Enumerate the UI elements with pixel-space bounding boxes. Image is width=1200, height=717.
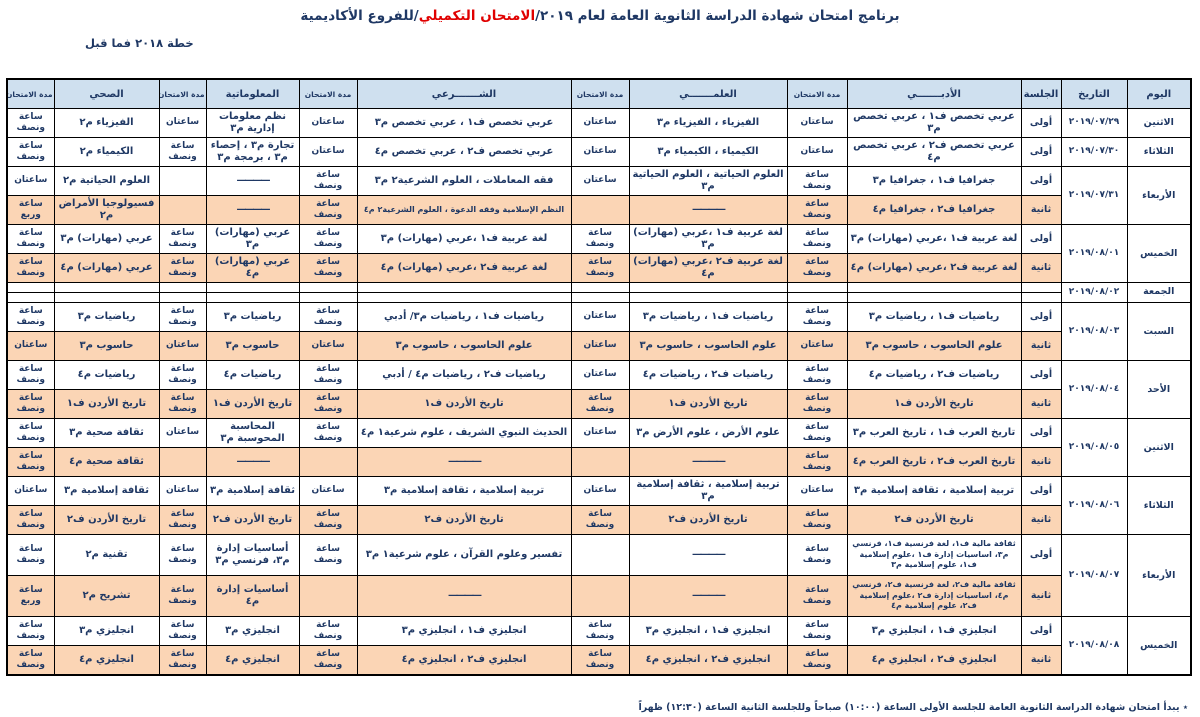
session-cell: أولى <box>1021 419 1061 448</box>
day-cell: الاثنين <box>1127 109 1191 138</box>
date-cell: ٢٠١٩/٠٨/٠٥ <box>1061 419 1127 477</box>
col-header-ilmi-duration: مدة الامتحان <box>571 79 629 109</box>
day-cell: الاثنين <box>1127 419 1191 477</box>
exam-schedule-page: برنامج امتحان شهادة الدراسة الثانوية الع… <box>0 0 1200 717</box>
subject-cell-adabi: تاريخ الأردن ف٢ <box>847 506 1021 535</box>
duration-cell-health: ساعة ونصف <box>7 419 54 448</box>
duration-cell-informatics <box>159 283 206 293</box>
subject-cell-shari: علوم الحاسوب ، حاسوب م٣ <box>357 332 571 361</box>
col-header-health-duration: مدة الامتحان <box>7 79 54 109</box>
subject-cell-health: تشريح م٢ <box>54 576 159 617</box>
date-cell: ٢٠١٩/٠٧/٣١ <box>1061 167 1127 225</box>
duration-cell-health: ساعة ونصف <box>7 617 54 646</box>
subject-cell-informatics: ———— <box>206 448 299 477</box>
day-cell: الخميس <box>1127 225 1191 283</box>
table-row <box>7 293 1191 303</box>
subject-cell-ilmi <box>629 293 787 303</box>
subject-cell-shari: ———— <box>357 576 571 617</box>
subject-cell-ilmi: ———— <box>629 196 787 225</box>
duration-cell-adabi: ساعتان <box>787 109 847 138</box>
session-cell: ثانية <box>1021 646 1061 676</box>
duration-cell-adabi: ساعة ونصف <box>787 576 847 617</box>
duration-cell-health <box>7 293 54 303</box>
duration-cell-shari: ساعة ونصف <box>299 646 357 676</box>
duration-cell-informatics: ساعة ونصف <box>159 576 206 617</box>
duration-cell-health: ساعة ونصف <box>7 138 54 167</box>
subject-cell-informatics: المحاسبة المحوسبة م٣ <box>206 419 299 448</box>
duration-cell-informatics: ساعة ونصف <box>159 535 206 576</box>
date-cell: ٢٠١٩/٠٧/٣٠ <box>1061 138 1127 167</box>
duration-cell-ilmi: ساعة ونصف <box>571 225 629 254</box>
duration-cell-ilmi: ساعتان <box>571 138 629 167</box>
subject-cell-ilmi: تاريخ الأردن ف١ <box>629 390 787 419</box>
duration-cell-adabi: ساعتان <box>787 332 847 361</box>
date-cell: ٢٠١٩/٠٧/٢٩ <box>1061 109 1127 138</box>
duration-cell-shari: ساعة ونصف <box>299 617 357 646</box>
duration-cell-adabi: ساعة ونصف <box>787 225 847 254</box>
subject-cell-health: رياضيات م٤ <box>54 361 159 390</box>
subject-cell-informatics <box>206 283 299 293</box>
day-cell: الثلاثاء <box>1127 138 1191 167</box>
duration-cell-shari <box>299 293 357 303</box>
subject-cell-adabi: عربي تخصص ف١ ، عربي تخصص م٣ <box>847 109 1021 138</box>
schedule-table: اليومالتاريخالجلسةالأدبـــــــيمدة الامت… <box>6 78 1192 676</box>
subject-cell-ilmi: رياضيات ف٢ ، رياضيات م٤ <box>629 361 787 390</box>
day-cell: الأربعاء <box>1127 535 1191 617</box>
subject-cell-ilmi: ———— <box>629 448 787 477</box>
subject-cell-adabi: ثقافة مالية ف١، لغة فرنسية ف١، فرنسي م٣،… <box>847 535 1021 576</box>
subject-cell-adabi: تاريخ العرب ف١ ، تاريخ العرب م٣ <box>847 419 1021 448</box>
subject-cell-adabi: رياضيات ف١ ، رياضيات م٣ <box>847 303 1021 332</box>
duration-cell-adabi: ساعة ونصف <box>787 196 847 225</box>
subject-cell-ilmi: علوم الأرض ، علوم الأرض م٣ <box>629 419 787 448</box>
session-cell: ثانية <box>1021 390 1061 419</box>
duration-cell-informatics: ساعة ونصف <box>159 617 206 646</box>
date-cell: ٢٠١٩/٠٨/٠٦ <box>1061 477 1127 535</box>
subject-cell-health: انجليزي م٣ <box>54 617 159 646</box>
duration-cell-adabi <box>787 283 847 293</box>
subject-cell-shari: رياضيات ف٢ ، رياضيات م٤ / أدبي <box>357 361 571 390</box>
subject-cell-informatics: حاسوب م٣ <box>206 332 299 361</box>
subject-cell-ilmi: تاريخ الأردن ف٢ <box>629 506 787 535</box>
subject-cell-health: تقنية م٢ <box>54 535 159 576</box>
table-row: الجمعة٢٠١٩/٠٨/٠٢ <box>7 283 1191 293</box>
duration-cell-health: ساعة ونصف <box>7 225 54 254</box>
subject-cell-informatics: تاريخ الأردن ف٢ <box>206 506 299 535</box>
subject-cell-adabi <box>847 283 1021 293</box>
duration-cell-shari: ساعتان <box>299 109 357 138</box>
subject-cell-shari <box>357 283 571 293</box>
table-row: ثانيةعلوم الحاسوب ، حاسوب م٣ساعتانعلوم ا… <box>7 332 1191 361</box>
title-prefix: برنامج امتحان شهادة الدراسة الثانوية الع… <box>535 8 899 24</box>
session-cell: أولى <box>1021 109 1061 138</box>
table-row: ثانيةتاريخ الأردن ف١ساعة ونصفتاريخ الأرد… <box>7 390 1191 419</box>
duration-cell-health: ساعة ونصف <box>7 535 54 576</box>
table-row: الثلاثاء٢٠١٩/٠٨/٠٦أولىتربية إسلامية ، ثق… <box>7 477 1191 506</box>
subject-cell-adabi: جغرافيا ف١ ، جغرافيا م٣ <box>847 167 1021 196</box>
subject-cell-adabi: تربية إسلامية ، ثقافة إسلامية م٣ <box>847 477 1021 506</box>
duration-cell-health <box>7 283 54 293</box>
subject-cell-shari: تربية إسلامية ، ثقافة إسلامية م٣ <box>357 477 571 506</box>
subject-cell-informatics: انجليزي م٣ <box>206 617 299 646</box>
subject-cell-ilmi: ———— <box>629 535 787 576</box>
subject-cell-health: عربي (مهارات) م٤ <box>54 254 159 283</box>
date-cell: ٢٠١٩/٠٨/٠٢ <box>1061 283 1127 303</box>
subject-cell-ilmi: الكيمياء ، الكيمياء م٣ <box>629 138 787 167</box>
subject-cell-shari: لغة عربية ف٢ ،عربي (مهارات) م٤ <box>357 254 571 283</box>
subject-cell-informatics: رياضيات م٤ <box>206 361 299 390</box>
subject-cell-health: انجليزي م٤ <box>54 646 159 676</box>
duration-cell-adabi: ساعة ونصف <box>787 361 847 390</box>
duration-cell-health: ساعة ونصف <box>7 109 54 138</box>
subject-cell-shari: النظم الإسلامية وفقه الدعوة ، العلوم الش… <box>357 196 571 225</box>
col-header-adabi-duration: مدة الامتحان <box>787 79 847 109</box>
table-row: الأربعاء٢٠١٩/٠٧/٣١أولىجغرافيا ف١ ، جغراف… <box>7 167 1191 196</box>
duration-cell-health: ساعتان <box>7 332 54 361</box>
plan-label: خطة ٢٠١٨ فما قبل <box>85 36 194 50</box>
duration-cell-adabi: ساعة ونصف <box>787 254 847 283</box>
subject-cell-health: عربي (مهارات) م٣ <box>54 225 159 254</box>
session-cell: ثانية <box>1021 576 1061 617</box>
subject-cell-adabi: ثقافة مالية ف٢، لغة فرنسية ف٢، فرنسي م٤،… <box>847 576 1021 617</box>
duration-cell-informatics: ساعتان <box>159 477 206 506</box>
duration-cell-adabi: ساعة ونصف <box>787 419 847 448</box>
duration-cell-shari: ساعتان <box>299 138 357 167</box>
session-cell: ثانية <box>1021 448 1061 477</box>
duration-cell-health: ساعة ونصف <box>7 448 54 477</box>
col-header-informatics: المعلوماتية <box>206 79 299 109</box>
session-cell <box>1021 283 1061 293</box>
duration-cell-ilmi: ساعتان <box>571 109 629 138</box>
duration-cell-ilmi: ساعة ونصف <box>571 646 629 676</box>
day-cell: الأربعاء <box>1127 167 1191 225</box>
duration-cell-ilmi: ساعتان <box>571 303 629 332</box>
duration-cell-health: ساعة ونصف <box>7 361 54 390</box>
subject-cell-adabi: تاريخ العرب ف٢ ، تاريخ العرب م٤ <box>847 448 1021 477</box>
subject-cell-adabi: علوم الحاسوب ، حاسوب م٣ <box>847 332 1021 361</box>
session-cell: ثانية <box>1021 254 1061 283</box>
table-row: الاثنين٢٠١٩/٠٧/٢٩أولىعربي تخصص ف١ ، عربي… <box>7 109 1191 138</box>
subject-cell-health <box>54 283 159 293</box>
title-suffix: /للفروع الأكاديمية <box>300 8 418 24</box>
session-cell: أولى <box>1021 225 1061 254</box>
duration-cell-informatics <box>159 196 206 225</box>
subject-cell-ilmi: العلوم الحياتية ، العلوم الحياتية م٣ <box>629 167 787 196</box>
col-header-session: الجلسة <box>1021 79 1061 109</box>
table-row: الخميس٢٠١٩/٠٨/٠٨أولىانجليزي ف١ ، انجليزي… <box>7 617 1191 646</box>
session-cell: ثانية <box>1021 196 1061 225</box>
subject-cell-adabi: عربي تخصص ف٢ ، عربي تخصص م٤ <box>847 138 1021 167</box>
subject-cell-informatics: رياضيات م٣ <box>206 303 299 332</box>
duration-cell-adabi <box>787 293 847 303</box>
duration-cell-ilmi <box>571 196 629 225</box>
duration-cell-ilmi <box>571 293 629 303</box>
duration-cell-informatics: ساعة ونصف <box>159 254 206 283</box>
duration-cell-ilmi: ساعة ونصف <box>571 390 629 419</box>
subject-cell-health: ثقافة إسلامية م٣ <box>54 477 159 506</box>
date-cell: ٢٠١٩/٠٨/٠١ <box>1061 225 1127 283</box>
duration-cell-adabi: ساعة ونصف <box>787 167 847 196</box>
table-row: ثانيةانجليزي ف٢ ، انجليزي م٤ساعة ونصفانج… <box>7 646 1191 676</box>
subject-cell-adabi: انجليزي ف١ ، انجليزي م٣ <box>847 617 1021 646</box>
col-header-informatics-duration: مدة الامتحان <box>159 79 206 109</box>
table-row: الاثنين٢٠١٩/٠٨/٠٥أولىتاريخ العرب ف١ ، تا… <box>7 419 1191 448</box>
table-row: ثانيةجغرافيا ف٢ ، جغرافيا م٤ساعة ونصف———… <box>7 196 1191 225</box>
subject-cell-health: ثقافة صحية م٣ <box>54 419 159 448</box>
subject-cell-health: رياضيات م٣ <box>54 303 159 332</box>
subject-cell-health: الكيمياء م٢ <box>54 138 159 167</box>
subject-cell-ilmi: انجليزي ف١ ، انجليزي م٣ <box>629 617 787 646</box>
duration-cell-shari: ساعة ونصف <box>299 254 357 283</box>
duration-cell-health: ساعة وربع <box>7 576 54 617</box>
subject-cell-ilmi: الفيزياء ، الفيزياء م٣ <box>629 109 787 138</box>
subject-cell-shari: عربي تخصص ف١ ، عربي تخصص م٣ <box>357 109 571 138</box>
duration-cell-ilmi <box>571 283 629 293</box>
duration-cell-ilmi: ساعتان <box>571 419 629 448</box>
table-row: الأربعاء٢٠١٩/٠٨/٠٧أولىثقافة مالية ف١، لغ… <box>7 535 1191 576</box>
duration-cell-informatics: ساعتان <box>159 109 206 138</box>
subject-cell-ilmi: لغة عربية ف٢ ،عربي (مهارات) م٤ <box>629 254 787 283</box>
subject-cell-ilmi: ———— <box>629 576 787 617</box>
subject-cell-shari: انجليزي ف١ ، انجليزي م٣ <box>357 617 571 646</box>
subject-cell-informatics <box>206 293 299 303</box>
col-header-health: الصحي <box>54 79 159 109</box>
duration-cell-shari <box>299 576 357 617</box>
session-cell: أولى <box>1021 167 1061 196</box>
subject-cell-shari: انجليزي ف٢ ، انجليزي م٤ <box>357 646 571 676</box>
subject-cell-informatics: عربي (مهارات) م٣ <box>206 225 299 254</box>
table-row: ثانيةتاريخ الأردن ف٢ساعة ونصفتاريخ الأرد… <box>7 506 1191 535</box>
duration-cell-health: ساعة ونصف <box>7 254 54 283</box>
table-row: ثانيةثقافة مالية ف٢، لغة فرنسية ف٢، فرنس… <box>7 576 1191 617</box>
duration-cell-shari: ساعتان <box>299 332 357 361</box>
duration-cell-ilmi: ساعتان <box>571 167 629 196</box>
day-cell: الثلاثاء <box>1127 477 1191 535</box>
subject-cell-health: حاسوب م٣ <box>54 332 159 361</box>
subject-cell-shari: فقه المعاملات ، العلوم الشرعية٢ م٣ <box>357 167 571 196</box>
subject-cell-health: ثقافة صحية م٤ <box>54 448 159 477</box>
subject-cell-adabi: رياضيات ف٢ ، رياضيات م٤ <box>847 361 1021 390</box>
date-cell: ٢٠١٩/٠٨/٠٧ <box>1061 535 1127 617</box>
duration-cell-informatics: ساعتان <box>159 419 206 448</box>
duration-cell-shari <box>299 448 357 477</box>
session-cell: أولى <box>1021 617 1061 646</box>
date-cell: ٢٠١٩/٠٨/٠٣ <box>1061 303 1127 361</box>
table-row: السبت٢٠١٩/٠٨/٠٣أولىرياضيات ف١ ، رياضيات … <box>7 303 1191 332</box>
subject-cell-informatics: تجارة م٣ ، إحصاء م٣ ، برمجة م٣ <box>206 138 299 167</box>
duration-cell-informatics <box>159 448 206 477</box>
table-row: ثانيةتاريخ العرب ف٢ ، تاريخ العرب م٤ساعة… <box>7 448 1191 477</box>
duration-cell-informatics: ساعة ونصف <box>159 361 206 390</box>
subject-cell-shari: عربي تخصص ف٢ ، عربي تخصص م٤ <box>357 138 571 167</box>
duration-cell-adabi: ساعة ونصف <box>787 303 847 332</box>
subject-cell-ilmi: علوم الحاسوب ، حاسوب م٣ <box>629 332 787 361</box>
col-header-shari: الشـــــــرعي <box>357 79 571 109</box>
duration-cell-health: ساعة ونصف <box>7 506 54 535</box>
session-cell: أولى <box>1021 477 1061 506</box>
duration-cell-adabi: ساعة ونصف <box>787 535 847 576</box>
subject-cell-health: الفيزياء م٢ <box>54 109 159 138</box>
subject-cell-health: فسيولوجيا الأمراض م٢ <box>54 196 159 225</box>
duration-cell-health: ساعتان <box>7 477 54 506</box>
duration-cell-adabi: ساعتان <box>787 477 847 506</box>
session-cell: أولى <box>1021 361 1061 390</box>
duration-cell-health: ساعة ونصف <box>7 390 54 419</box>
duration-cell-shari: ساعة ونصف <box>299 361 357 390</box>
schedule-table-wrap: اليومالتاريخالجلسةالأدبـــــــيمدة الامت… <box>8 78 1192 676</box>
duration-cell-informatics: ساعة ونصف <box>159 390 206 419</box>
page-title: برنامج امتحان شهادة الدراسة الثانوية الع… <box>0 8 1200 24</box>
subject-cell-informatics: ———— <box>206 167 299 196</box>
col-header-date: التاريخ <box>1061 79 1127 109</box>
subject-cell-ilmi <box>629 283 787 293</box>
subject-cell-health <box>54 293 159 303</box>
session-cell: ثانية <box>1021 332 1061 361</box>
duration-cell-shari: ساعة ونصف <box>299 419 357 448</box>
subject-cell-ilmi: انجليزي ف٢ ، انجليزي م٤ <box>629 646 787 676</box>
duration-cell-ilmi: ساعة ونصف <box>571 254 629 283</box>
subject-cell-shari: رياضيات ف١ ، رياضيات م٣/ أدبي <box>357 303 571 332</box>
duration-cell-informatics: ساعة ونصف <box>159 225 206 254</box>
subject-cell-ilmi: تربية إسلامية ، ثقافة إسلامية م٣ <box>629 477 787 506</box>
subject-cell-adabi <box>847 293 1021 303</box>
duration-cell-informatics: ساعة ونصف <box>159 303 206 332</box>
day-cell: الخميس <box>1127 617 1191 676</box>
subject-cell-informatics: عربي (مهارات) م٤ <box>206 254 299 283</box>
subject-cell-ilmi: لغة عربية ف١ ،عربي (مهارات) م٣ <box>629 225 787 254</box>
subject-cell-shari: ———— <box>357 448 571 477</box>
subject-cell-informatics: نظم معلومات إدارية م٣ <box>206 109 299 138</box>
subject-cell-ilmi: رياضيات ف١ ، رياضيات م٣ <box>629 303 787 332</box>
duration-cell-shari: ساعتان <box>299 477 357 506</box>
day-cell: الأحد <box>1127 361 1191 419</box>
duration-cell-shari: ساعة ونصف <box>299 167 357 196</box>
col-header-ilmi: العلمـــــــي <box>629 79 787 109</box>
subject-cell-adabi: لغة عربية ف١ ،عربي (مهارات) م٣ <box>847 225 1021 254</box>
session-cell: أولى <box>1021 303 1061 332</box>
title-highlight: الامتحان التكميلي <box>419 8 535 24</box>
duration-cell-adabi: ساعة ونصف <box>787 617 847 646</box>
duration-cell-shari: ساعة ونصف <box>299 225 357 254</box>
duration-cell-ilmi: ساعتان <box>571 477 629 506</box>
day-cell: السبت <box>1127 303 1191 361</box>
subject-cell-informatics: انجليزي م٤ <box>206 646 299 676</box>
duration-cell-informatics: ساعة ونصف <box>159 506 206 535</box>
subject-cell-health: تاريخ الأردن ف١ <box>54 390 159 419</box>
subject-cell-health: تاريخ الأردن ف٢ <box>54 506 159 535</box>
subject-cell-shari <box>357 293 571 303</box>
subject-cell-adabi: جغرافيا ف٢ ، جغرافيا م٤ <box>847 196 1021 225</box>
duration-cell-informatics: ساعة ونصف <box>159 138 206 167</box>
subject-cell-shari: الحديث النبوي الشريف ، علوم شرعية١ م٤ <box>357 419 571 448</box>
table-row: الثلاثاء٢٠١٩/٠٧/٣٠أولىعربي تخصص ف٢ ، عرب… <box>7 138 1191 167</box>
session-cell: أولى <box>1021 138 1061 167</box>
date-cell: ٢٠١٩/٠٨/٠٤ <box>1061 361 1127 419</box>
duration-cell-health: ساعتان <box>7 167 54 196</box>
duration-cell-shari: ساعة ونصف <box>299 196 357 225</box>
session-cell <box>1021 293 1061 303</box>
duration-cell-health: ساعة وربع <box>7 196 54 225</box>
duration-cell-shari <box>299 283 357 293</box>
duration-cell-ilmi: ساعتان <box>571 361 629 390</box>
duration-cell-adabi: ساعة ونصف <box>787 506 847 535</box>
duration-cell-ilmi: ساعة ونصف <box>571 617 629 646</box>
duration-cell-informatics <box>159 167 206 196</box>
subject-cell-shari: تفسير وعلوم القرآن ، علوم شرعية١ م٣ <box>357 535 571 576</box>
subject-cell-informatics: تاريخ الأردن ف١ <box>206 390 299 419</box>
subject-cell-health: العلوم الحياتية م٢ <box>54 167 159 196</box>
duration-cell-shari: ساعة ونصف <box>299 535 357 576</box>
col-header-shari-duration: مدة الامتحان <box>299 79 357 109</box>
subject-cell-informatics: ———— <box>206 196 299 225</box>
subject-cell-adabi: انجليزي ف٢ ، انجليزي م٤ <box>847 646 1021 676</box>
duration-cell-health: ساعة ونصف <box>7 646 54 676</box>
duration-cell-ilmi: ساعة ونصف <box>571 506 629 535</box>
subject-cell-informatics: أساسيات إدارة م٣، فرنسي م٣ <box>206 535 299 576</box>
subject-cell-shari: تاريخ الأردن ف٢ <box>357 506 571 535</box>
duration-cell-ilmi <box>571 576 629 617</box>
table-row: الأحد٢٠١٩/٠٨/٠٤أولىرياضيات ف٢ ، رياضيات … <box>7 361 1191 390</box>
col-header-adabi: الأدبـــــــي <box>847 79 1021 109</box>
subject-cell-adabi: تاريخ الأردن ف١ <box>847 390 1021 419</box>
subject-cell-shari: تاريخ الأردن ف١ <box>357 390 571 419</box>
subject-cell-informatics: أساسيات إدارة م٤ <box>206 576 299 617</box>
duration-cell-informatics: ساعتان <box>159 332 206 361</box>
duration-cell-ilmi <box>571 448 629 477</box>
duration-cell-adabi: ساعة ونصف <box>787 646 847 676</box>
day-cell: الجمعة <box>1127 283 1191 303</box>
duration-cell-adabi: ساعتان <box>787 138 847 167</box>
duration-cell-adabi: ساعة ونصف <box>787 390 847 419</box>
duration-cell-informatics: ساعة ونصف <box>159 646 206 676</box>
duration-cell-shari: ساعة ونصف <box>299 303 357 332</box>
subject-cell-shari: لغة عربية ف١ ،عربي (مهارات) م٣ <box>357 225 571 254</box>
subject-cell-adabi: لغة عربية ف٢ ،عربي (مهارات) م٤ <box>847 254 1021 283</box>
subject-cell-informatics: ثقافة إسلامية م٣ <box>206 477 299 506</box>
table-row: ثانيةلغة عربية ف٢ ،عربي (مهارات) م٤ساعة … <box>7 254 1191 283</box>
col-header-day: اليوم <box>1127 79 1191 109</box>
duration-cell-adabi: ساعة ونصف <box>787 448 847 477</box>
session-cell: أولى <box>1021 535 1061 576</box>
duration-cell-shari: ساعة ونصف <box>299 506 357 535</box>
duration-cell-ilmi: ساعتان <box>571 332 629 361</box>
duration-cell-shari: ساعة ونصف <box>299 390 357 419</box>
date-cell: ٢٠١٩/٠٨/٠٨ <box>1061 617 1127 676</box>
header-row: اليومالتاريخالجلسةالأدبـــــــيمدة الامت… <box>7 79 1191 109</box>
footer-note: ٭ يبدأ امتحان شهادة الدراسة الثانوية الع… <box>638 702 1188 713</box>
duration-cell-informatics <box>159 293 206 303</box>
duration-cell-health: ساعة ونصف <box>7 303 54 332</box>
table-row: الخميس٢٠١٩/٠٨/٠١أولىلغة عربية ف١ ،عربي (… <box>7 225 1191 254</box>
session-cell: ثانية <box>1021 506 1061 535</box>
duration-cell-ilmi <box>571 535 629 576</box>
